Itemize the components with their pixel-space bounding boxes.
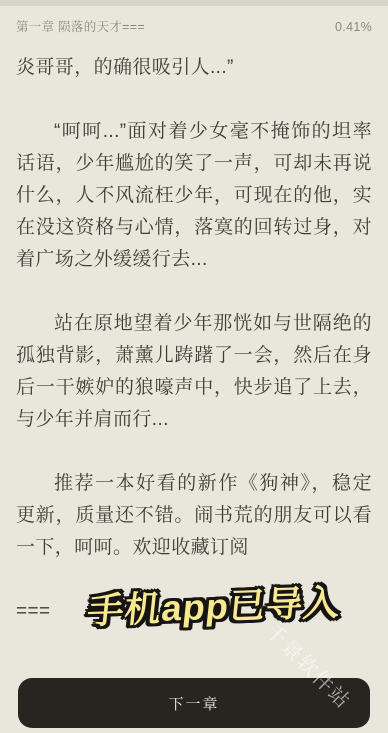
reading-content[interactable]: 炎哥哥，的确很吸引人...”“呵呵...”面对着少女毫不掩饰的坦率话语，少年尴尬… <box>16 52 372 660</box>
imported-banner-watermark: 手机app已导入 <box>85 580 343 636</box>
chapter-title: 第一章 陨落的天才=== <box>16 17 145 35</box>
paragraph: 站在原地望着少年那恍如与世隔绝的孤独背影，萧薰儿踌躇了一会，然后在身后一干嫉妒的… <box>16 308 372 436</box>
reader-page: 第一章 陨落的天才=== 0.41% 炎哥哥，的确很吸引人...”“呵呵...”… <box>0 0 388 733</box>
paragraph: “呵呵...”面对着少女毫不掩饰的坦率话语，少年尴尬的笑了一声，可却未再说什么，… <box>16 116 372 276</box>
paragraph: 推荐一本好看的新作《狗神》，稳定更新，质量还不错。闹书荒的朋友可以看一下，呵呵。… <box>16 468 372 564</box>
reading-progress: 0.41% <box>335 20 372 34</box>
status-bar <box>0 0 388 6</box>
paragraph: 炎哥哥，的确很吸引人...” <box>16 52 372 84</box>
reader-header: 第一章 陨落的天才=== 0.41% <box>16 17 372 35</box>
next-chapter-button[interactable]: 下一章 <box>18 678 370 728</box>
